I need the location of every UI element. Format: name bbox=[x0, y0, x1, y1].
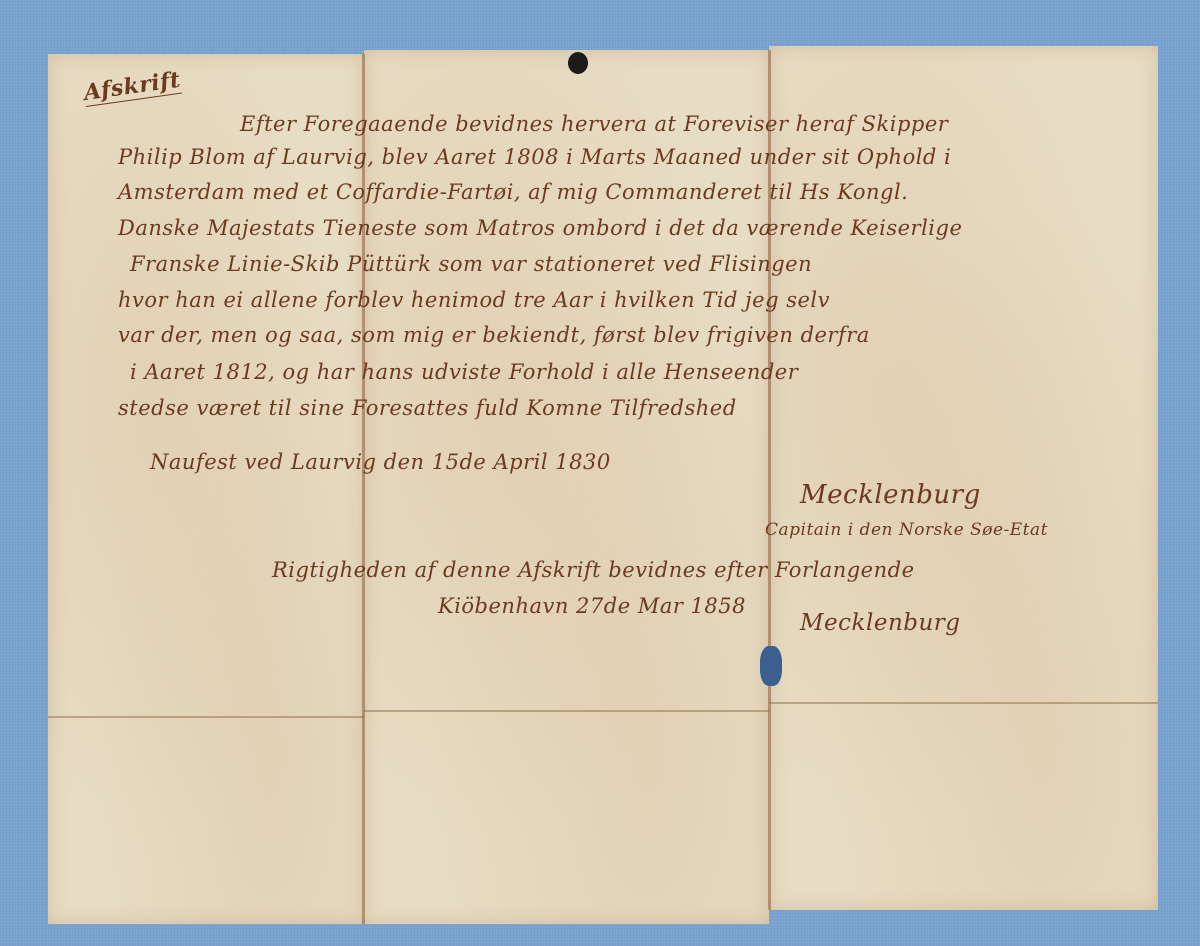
signature: Mecklenburg bbox=[800, 480, 981, 510]
body-line: Philip Blom af Laurvig, blev Aaret 1808 … bbox=[118, 145, 951, 169]
document-sheet bbox=[48, 46, 1158, 924]
paper-hole bbox=[760, 646, 782, 686]
signature: Mecklenburg bbox=[800, 610, 961, 636]
body-line: hvor han ei allene forblev henimod tre A… bbox=[118, 288, 830, 312]
body-line: Franske Linie-Skib Püttürk som var stati… bbox=[130, 252, 812, 276]
attestation-line: Rigtigheden af denne Afskrift bevidnes e… bbox=[272, 558, 915, 582]
attestation-line: Kiöbenhavn 27de Mar 1858 bbox=[438, 594, 746, 618]
place-date: Naufest ved Laurvig den 15de April 1830 bbox=[150, 450, 611, 474]
body-line: Amsterdam med et Coffardie-Fartøi, af mi… bbox=[118, 180, 908, 204]
body-line: stedse været til sine Foresattes fuld Ko… bbox=[118, 396, 737, 420]
body-line: Danske Majestats Tieneste som Matros omb… bbox=[118, 216, 962, 240]
fold-line bbox=[48, 716, 364, 718]
fold-line bbox=[769, 702, 1158, 704]
body-line: i Aaret 1812, og har hans udviste Forhol… bbox=[130, 360, 798, 384]
body-line: Efter Foregaaende bevidnes hervera at Fo… bbox=[240, 112, 948, 136]
paper-panel-right bbox=[769, 46, 1158, 910]
fold-line bbox=[768, 50, 771, 910]
fold-line bbox=[364, 710, 769, 712]
ink-stain bbox=[568, 52, 588, 74]
body-line: var der, men og saa, som mig er bekiendt… bbox=[118, 323, 870, 347]
signature-title: Capitain i den Norske Søe-Etat bbox=[765, 520, 1048, 540]
